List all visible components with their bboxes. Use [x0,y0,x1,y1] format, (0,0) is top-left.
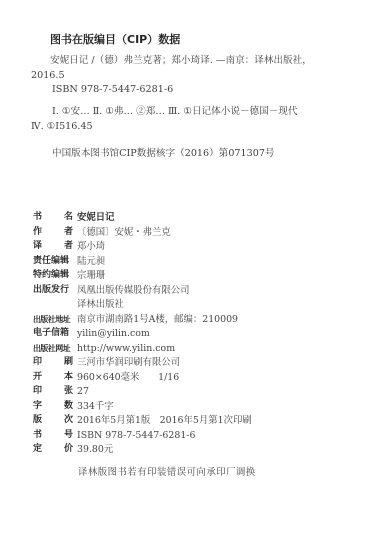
label-char: 名 [64,211,73,224]
website-label: 出版社网址 [33,342,73,355]
cip-bibliographic-line: 安妮日记 /（德）弗兰克著；郑小琦译. —南京：译林出版社， [50,56,312,66]
label-char: 者 [64,240,73,253]
email-value[interactable]: yilin@yilin.com [77,327,150,340]
cip-isbn: ISBN 978-7-5447-6281-6 [52,85,173,95]
cip-bibliographic-line-cont: 2016.5 [31,71,65,81]
label-char: 开 [33,371,42,384]
label-char: 本 [64,371,73,384]
word-count-value: 334千字 [77,400,114,413]
cip-title: 图书在版编目（CIP）数据 [50,34,180,45]
format-value: 960×640毫米 1/16 [77,371,179,384]
label-char: 号 [64,429,73,442]
label-char: 数 [64,400,73,413]
label-char: 书 [33,429,42,442]
price-value: 39.80元 [77,443,113,456]
label-char: 价 [64,443,73,456]
email-label: 电子信箱 [33,327,73,340]
label-char: 张 [64,385,73,398]
label-char: 作 [33,226,42,239]
special-editor-value: 宗珊珊 [77,269,105,282]
sheets-value: 27 [77,385,89,398]
label-char: 定 [33,443,42,456]
cip-record-number: 中国版本图书馆CIP数据核字（2016）第071307号 [52,149,275,159]
cip-classification-cont: Ⅳ. ①I516.45 [31,122,93,132]
author-value: 〔德国〕安妮・弗兰克 [77,226,171,239]
label-char: 者 [64,226,73,239]
misprint-exchange-note: 译林版图书若有印装错误可向承印厂调换 [78,468,256,477]
edition-value: 2016年5月第1版 2016年5月第1次印刷 [77,414,252,427]
editor-label: 责任编辑 [33,255,73,268]
label-char: 字 [33,400,42,413]
book-title-value: 安妮日记 [77,211,115,224]
cip-classification: Ⅰ. ①安… Ⅱ. ①弗… ②郑… Ⅲ. ①日记体小说－德国－现代 [52,107,298,117]
isbn-value: ISBN 978-7-5447-6281-6 [77,429,195,442]
address-label: 出版社地址 [33,313,73,326]
address-value: 南京市湖南路1号A楼，邮编：210009 [77,313,238,326]
translator-value: 郑小琦 [77,240,105,253]
publisher-label: 出版发行 [33,284,73,297]
website-value[interactable]: http://www.yilin.com [77,342,175,355]
publisher-imprint-value: 译林出版社 [77,298,124,311]
label-char: 版 [33,414,42,427]
label-char: 印 [33,356,42,369]
label-char: 书 [33,211,42,224]
printer-value: 三河市华润印刷有限公司 [77,356,180,369]
publisher-value: 凤凰出版传媒股份有限公司 [77,284,190,297]
label-char: 次 [64,414,73,427]
special-editor-label: 特约编辑 [33,269,73,282]
label-char: 印 [33,385,42,398]
label-char: 译 [33,240,42,253]
label-char: 刷 [64,356,73,369]
editor-value: 陆元昶 [77,255,105,268]
